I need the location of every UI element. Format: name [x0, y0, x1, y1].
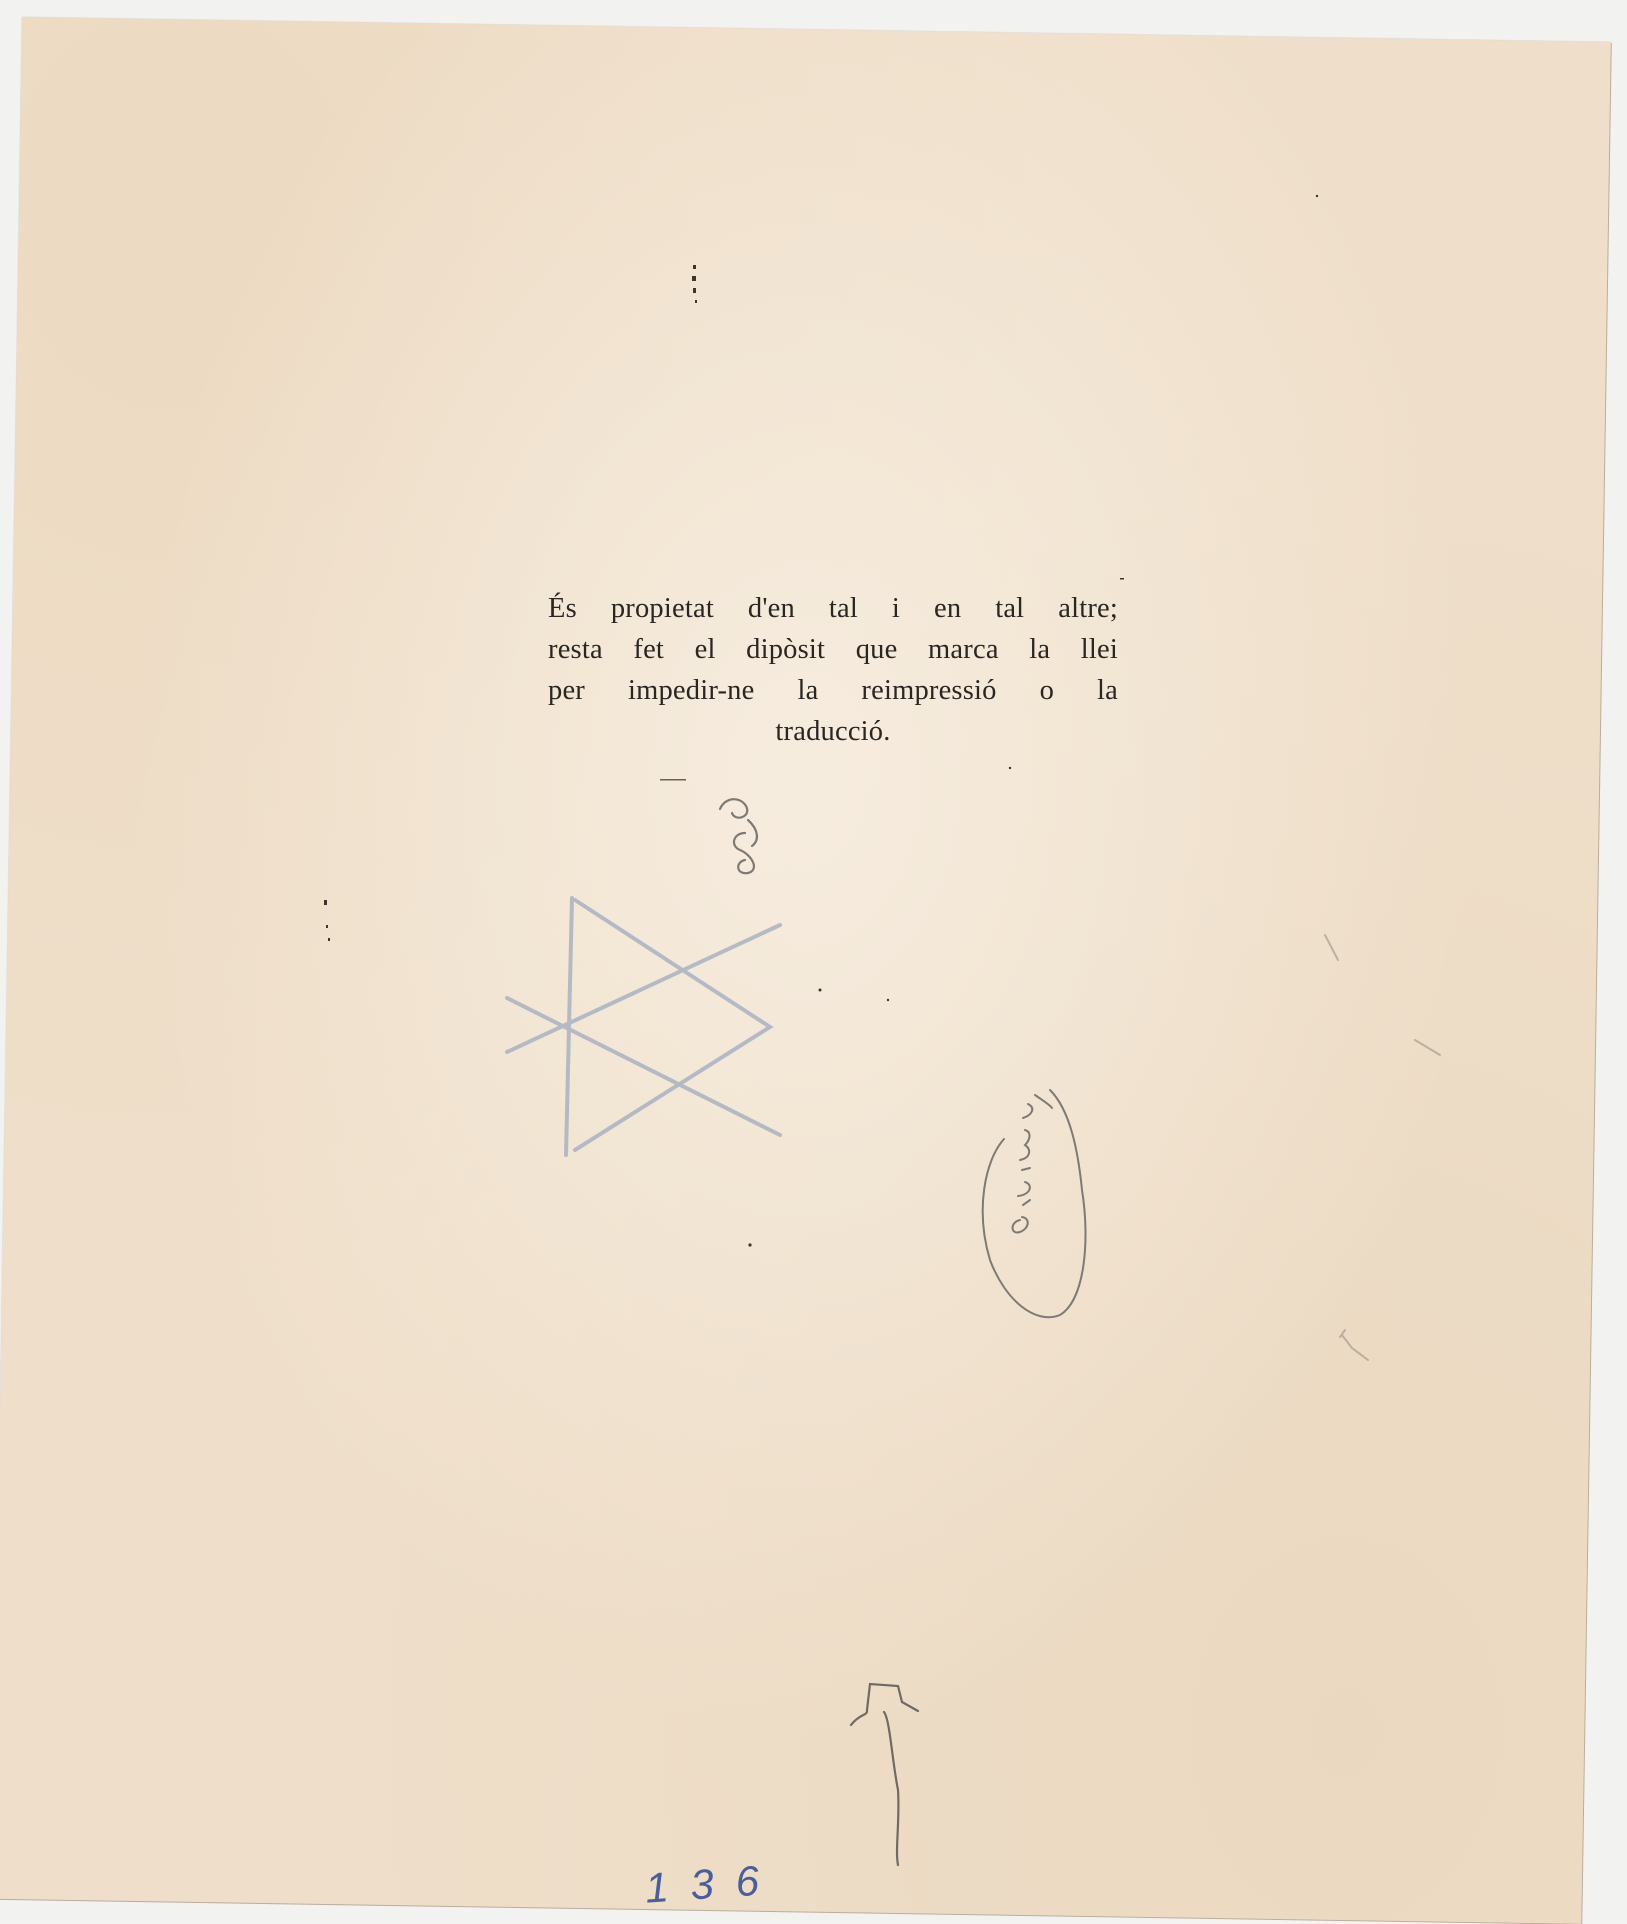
copyright-imprint: És propietat d'en tal i en tal altre; re…: [548, 588, 1118, 752]
imprint-line-1: És propietat d'en tal i en tal altre;: [548, 588, 1118, 629]
imprint-line-2: resta fet el dipòsit que marca la llei: [548, 629, 1118, 670]
paper-page: [0, 17, 1611, 1920]
imprint-line-4: traducció.: [548, 711, 1118, 752]
imprint-line-3: per impedir-ne la reimpressió o la: [548, 670, 1118, 711]
handwritten-page-number: 136: [643, 1855, 782, 1912]
